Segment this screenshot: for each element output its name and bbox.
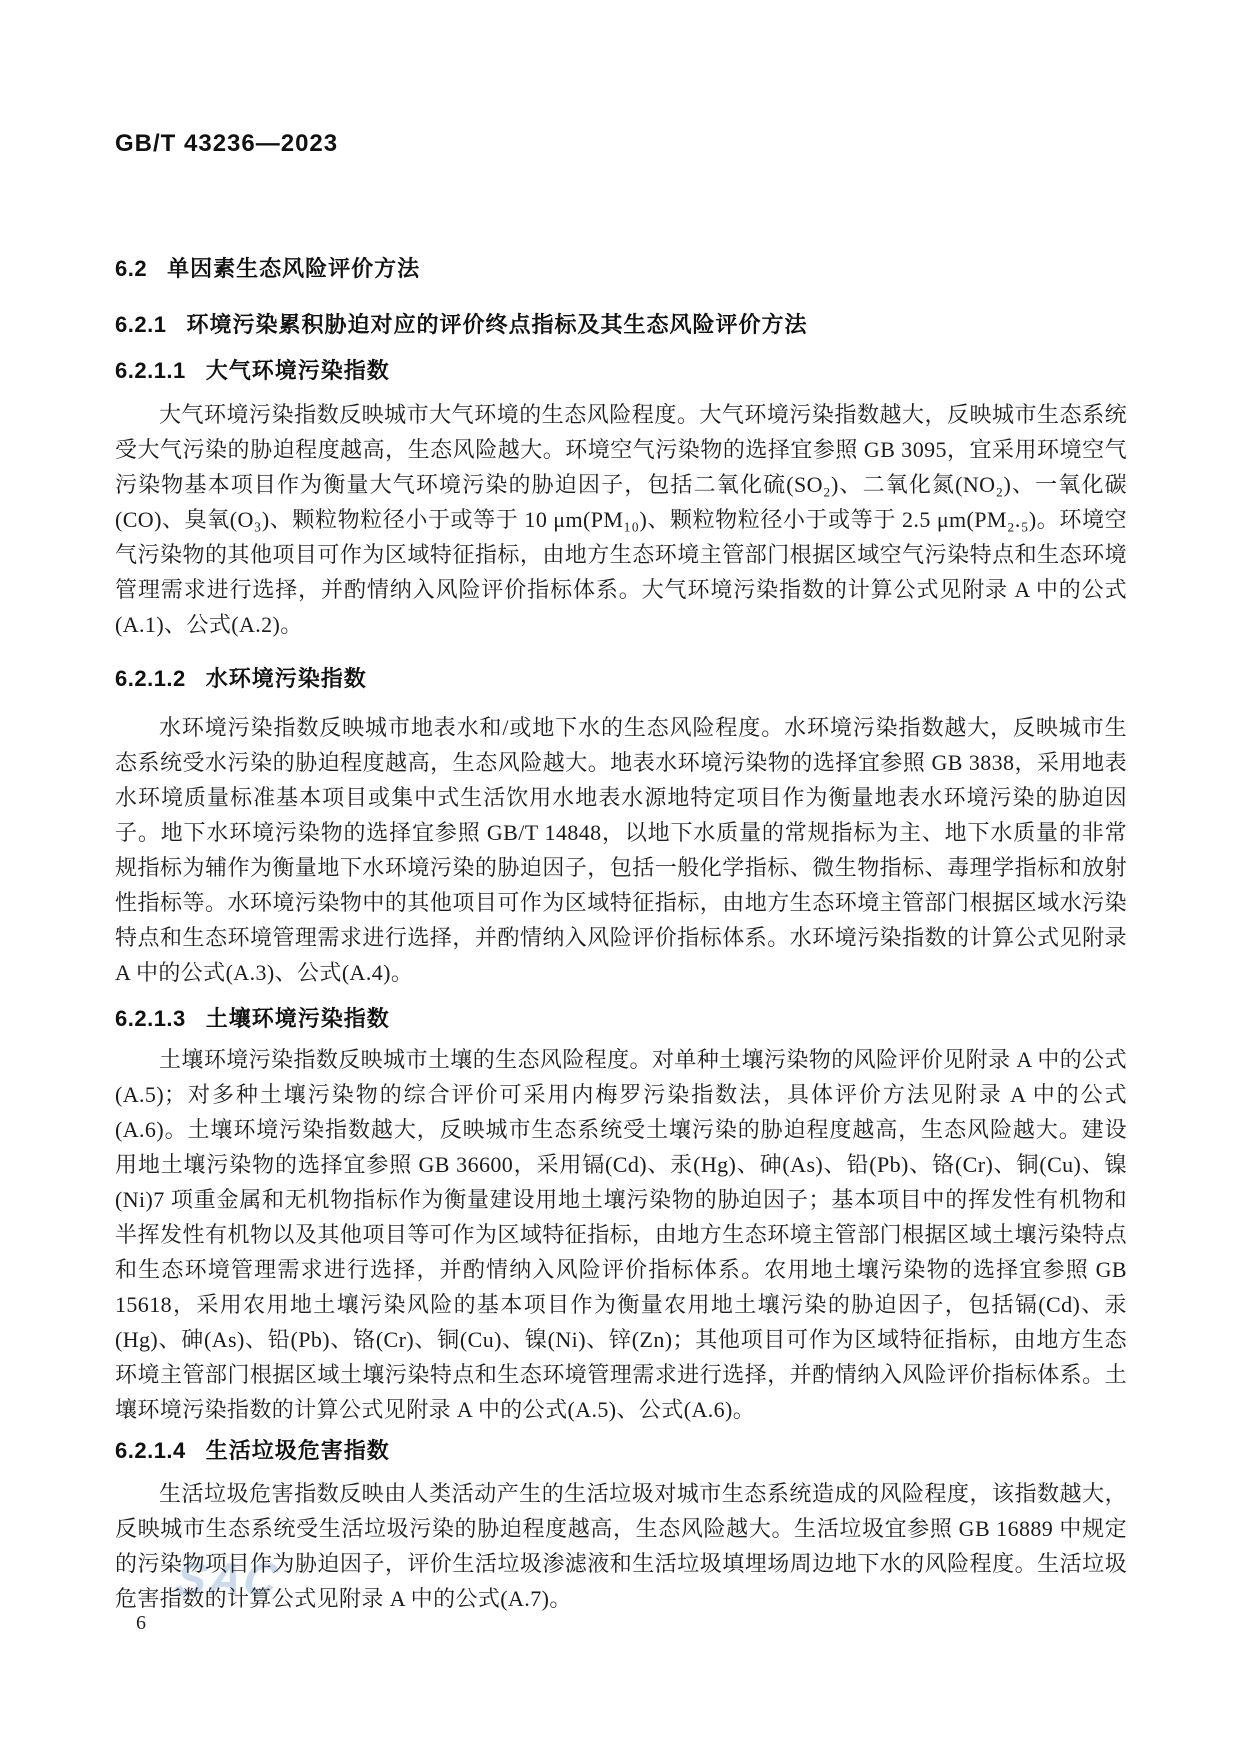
section-number: 6.2.1.1 bbox=[115, 358, 186, 384]
section-title: 环境污染累积胁迫对应的评价终点指标及其生态风险评价方法 bbox=[186, 312, 807, 337]
section-number: 6.2 bbox=[115, 256, 147, 282]
section-title: 单因素生态风险评价方法 bbox=[167, 256, 420, 281]
section-title: 土壤环境污染指数 bbox=[206, 1006, 390, 1031]
section-heading-6-2: 6.2单因素生态风险评价方法 bbox=[115, 252, 1127, 283]
section-heading-6-2-1-4: 6.2.1.4生活垃圾危害指数 bbox=[115, 1434, 1127, 1465]
standard-code: GB/T 43236—2023 bbox=[115, 130, 1127, 158]
section-number: 6.2.1.2 bbox=[115, 666, 186, 692]
section-number: 6.2.1 bbox=[115, 312, 166, 338]
section-number: 6.2.1.3 bbox=[115, 1006, 186, 1032]
paragraph-water-pollution-index: 水环境污染指数反映城市地表水和/或地下水的生态风险程度。水环境污染指数越大，反映… bbox=[115, 710, 1127, 990]
section-heading-6-2-1-1: 6.2.1.1大气环境污染指数 bbox=[115, 354, 1127, 385]
section-number: 6.2.1.4 bbox=[115, 1438, 186, 1464]
document-page: SAC GB/T 43236—2023 6.2单因素生态风险评价方法 6.2.1… bbox=[0, 0, 1241, 1755]
section-title: 生活垃圾危害指数 bbox=[206, 1438, 390, 1463]
section-heading-6-2-1: 6.2.1环境污染累积胁迫对应的评价终点指标及其生态风险评价方法 bbox=[115, 308, 1127, 339]
section-heading-6-2-1-2: 6.2.1.2水环境污染指数 bbox=[115, 662, 1127, 693]
page-number: 6 bbox=[136, 1612, 196, 1635]
section-title: 大气环境污染指数 bbox=[206, 358, 390, 383]
section-heading-6-2-1-3: 6.2.1.3土壤环境污染指数 bbox=[115, 1002, 1127, 1033]
paragraph-air-pollution-index: 大气环境污染指数反映城市大气环境的生态风险程度。大气环境污染指数越大，反映城市生… bbox=[115, 397, 1127, 642]
section-title: 水环境污染指数 bbox=[206, 666, 367, 691]
paragraph-soil-pollution-index: 土壤环境污染指数反映城市土壤的生态风险程度。对单种土壤污染物的风险评价见附录 A… bbox=[115, 1042, 1127, 1427]
paragraph-household-waste-hazard-index: 生活垃圾危害指数反映由人类活动产生的生活垃圾对城市生态系统造成的风险程度，该指数… bbox=[115, 1476, 1127, 1616]
